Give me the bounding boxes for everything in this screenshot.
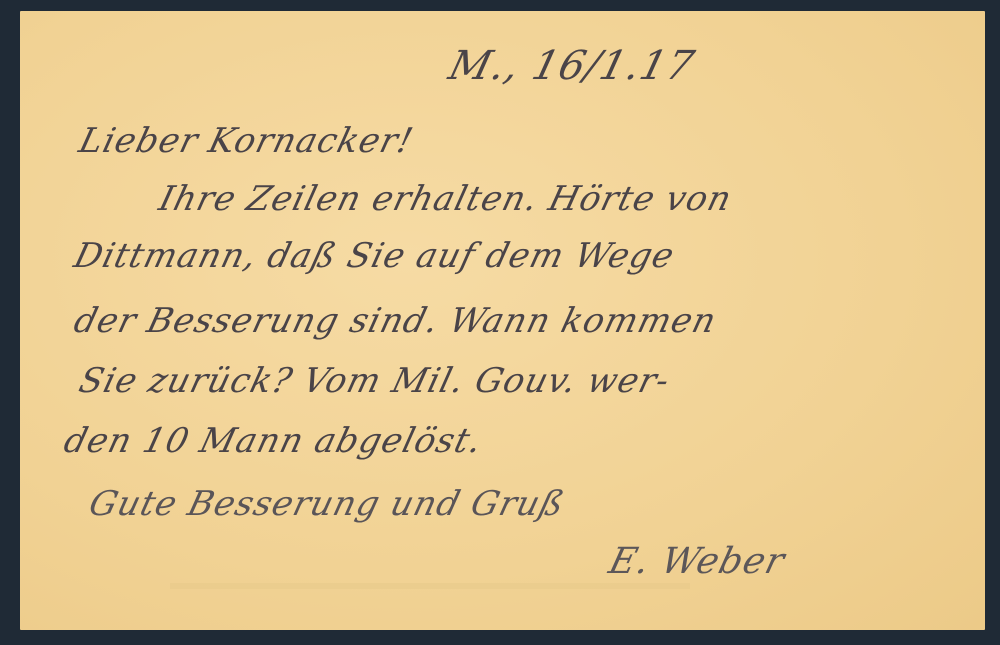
body-line-1: Ihre Zeilen erhalten. Hörte von xyxy=(155,179,736,219)
postcard: M., 16/1.17 Lieber Kornacker! Ihre Zeile… xyxy=(20,11,985,630)
signature: E. Weber xyxy=(605,541,789,582)
closing-line: Gute Besserung und Gruß xyxy=(85,484,569,524)
faded-printed-line xyxy=(170,583,690,589)
body-line-3: der Besserung sind. Wann kommen xyxy=(70,301,721,341)
salutation: Lieber Kornacker! xyxy=(75,121,418,161)
body-line-4: Sie zurück? Vom Mil. Gouv. wer- xyxy=(75,361,674,401)
body-line-5: den 10 Mann abgelöst. xyxy=(60,421,487,461)
body-line-2: Dittmann, daß Sie auf dem Wege xyxy=(70,236,679,276)
date-line: M., 16/1.17 xyxy=(444,43,699,89)
